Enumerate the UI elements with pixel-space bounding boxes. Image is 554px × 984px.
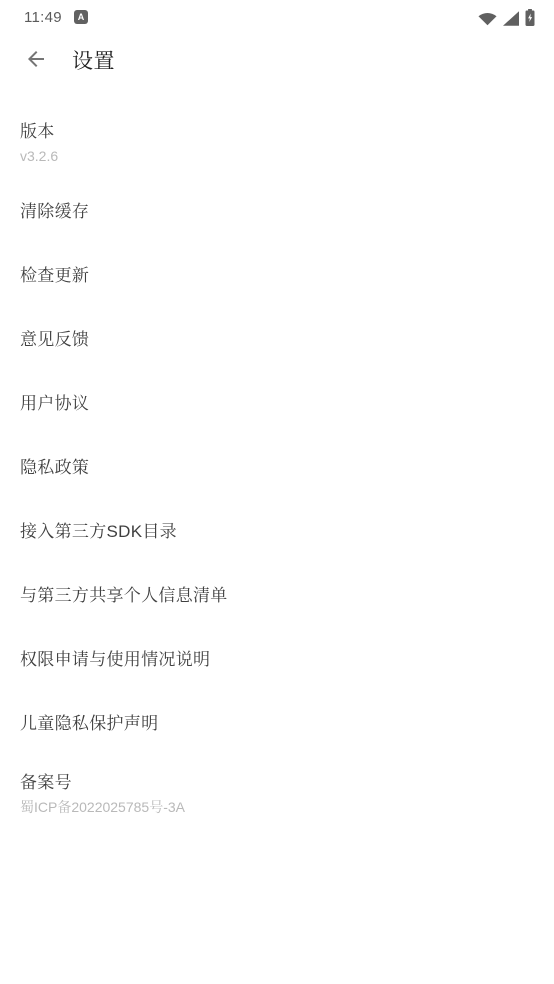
list-item-user-agreement[interactable]: 用户协议: [0, 372, 554, 436]
item-label: 用户协议: [20, 392, 534, 416]
app-bar: 设置: [0, 32, 554, 88]
list-item-permission-usage[interactable]: 权限申请与使用情况说明: [0, 628, 554, 692]
status-time: 11:49: [24, 9, 62, 26]
notification-app-icon: A: [74, 10, 88, 24]
item-label: 意见反馈: [20, 328, 534, 352]
list-item-third-party-sdk-list[interactable]: 接入第三方SDK目录: [0, 500, 554, 564]
back-button[interactable]: [16, 40, 56, 80]
page-title: 设置: [72, 45, 115, 75]
list-item-privacy-policy[interactable]: 隐私政策: [0, 436, 554, 500]
list-item-clear-cache[interactable]: 清除缓存: [0, 180, 554, 244]
arrow-left-icon: [24, 47, 48, 74]
item-label: 版本: [20, 120, 534, 144]
list-item-third-party-sharing-list[interactable]: 与第三方共享个人信息清单: [0, 564, 554, 628]
settings-list: 版本 v3.2.6 清除缓存 检查更新 意见反馈 用户协议 隐私政策 接入第三方…: [0, 88, 554, 831]
item-label: 接入第三方SDK目录: [20, 520, 534, 544]
item-label: 备案号: [20, 771, 534, 795]
item-label: 隐私政策: [20, 456, 534, 480]
item-label: 检查更新: [20, 264, 534, 288]
list-item-version[interactable]: 版本 v3.2.6: [0, 105, 554, 180]
status-bar-right: [478, 9, 535, 26]
item-sublabel: 蜀ICP备2022025785号-3A: [20, 798, 534, 816]
item-label: 与第三方共享个人信息清单: [20, 584, 534, 608]
list-item-icp-record[interactable]: 备案号 蜀ICP备2022025785号-3A: [0, 756, 554, 831]
status-bar-left: 11:49 A: [24, 9, 88, 26]
list-item-children-privacy[interactable]: 儿童隐私保护声明: [0, 692, 554, 756]
status-bar: 11:49 A: [0, 0, 554, 32]
list-item-feedback[interactable]: 意见反馈: [0, 308, 554, 372]
item-label: 权限申请与使用情况说明: [20, 648, 534, 672]
list-item-check-update[interactable]: 检查更新: [0, 244, 554, 308]
settings-screen: 11:49 A: [0, 0, 554, 831]
battery-charging-icon: [525, 9, 535, 26]
item-label: 清除缓存: [20, 200, 534, 224]
cellular-signal-icon: [503, 11, 519, 26]
item-label: 儿童隐私保护声明: [20, 712, 534, 736]
item-sublabel: v3.2.6: [20, 147, 534, 165]
wifi-icon: [478, 11, 497, 26]
